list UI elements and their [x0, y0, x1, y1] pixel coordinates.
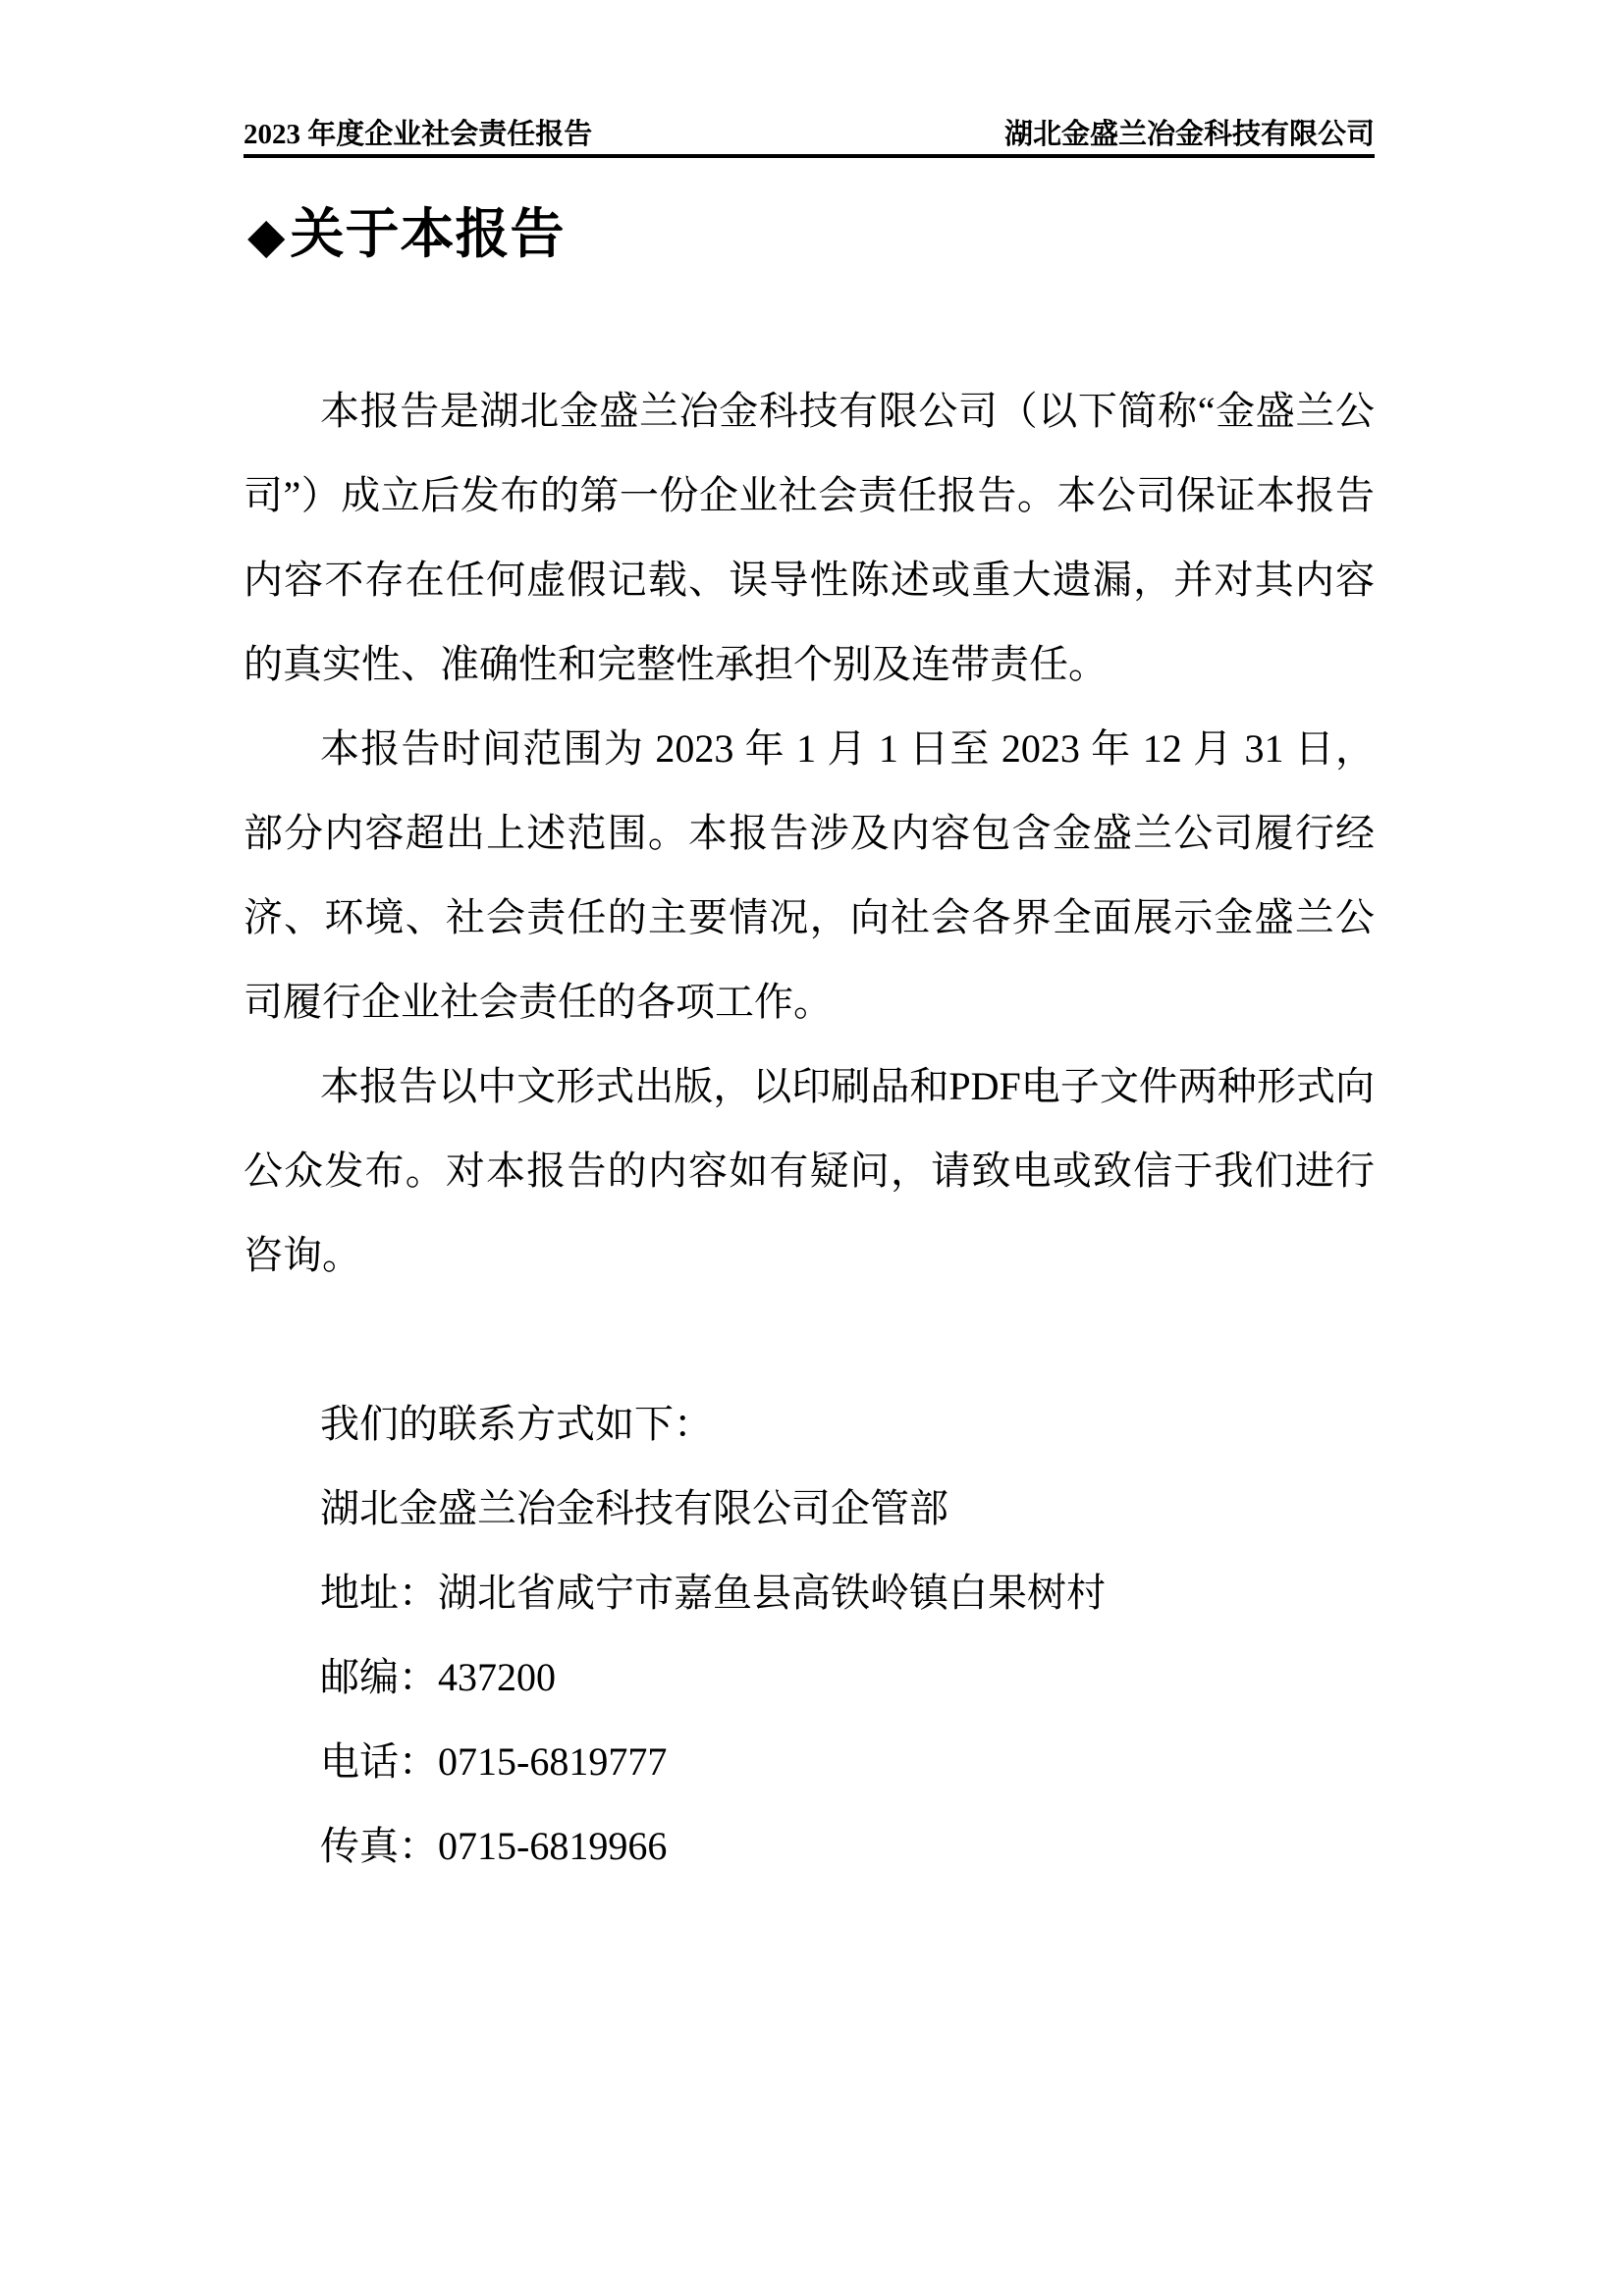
paragraph-report-publication: 本报告以中文形式出版，以印刷品和PDF电子文件两种形式向公众发布。对本报告的内容…: [244, 1044, 1375, 1298]
contact-address: 地址：湖北省咸宁市嘉鱼县高铁岭镇白果树村: [244, 1551, 1375, 1635]
header-company-name: 湖北金盛兰冶金科技有限公司: [1004, 118, 1375, 151]
contact-intro: 我们的联系方式如下：: [244, 1382, 1375, 1467]
section-title: ◆关于本报告: [247, 202, 565, 268]
blank-line: [244, 1298, 1375, 1382]
contact-department: 湖北金盛兰冶金科技有限公司企管部: [244, 1467, 1375, 1551]
header-report-title: 2023 年度企业社会责任报告: [244, 118, 592, 151]
report-body: 本报告是湖北金盛兰冶金科技有限公司（以下简称“金盛兰公司”）成立后发布的第一份企…: [244, 369, 1375, 1889]
paragraph-report-scope: 本报告时间范围为 2023 年 1 月 1 日至 2023 年 12 月 31 …: [244, 707, 1375, 1044]
contact-fax: 传真：0715-6819966: [244, 1804, 1375, 1889]
report-page: 2023 年度企业社会责任报告 湖北金盛兰冶金科技有限公司 ◆关于本报告 本报告…: [0, 0, 1624, 2296]
contact-postcode: 邮编：437200: [244, 1635, 1375, 1720]
diamond-bullet-icon: ◆: [247, 208, 286, 263]
contact-block: 我们的联系方式如下： 湖北金盛兰冶金科技有限公司企管部 地址：湖北省咸宁市嘉鱼县…: [244, 1382, 1375, 1889]
contact-phone: 电话：0715-6819777: [244, 1720, 1375, 1804]
section-title-text: 关于本报告: [290, 204, 565, 264]
paragraph-report-intro: 本报告是湖北金盛兰冶金科技有限公司（以下简称“金盛兰公司”）成立后发布的第一份企…: [244, 369, 1375, 707]
page-header: 2023 年度企业社会责任报告 湖北金盛兰冶金科技有限公司: [244, 118, 1375, 158]
